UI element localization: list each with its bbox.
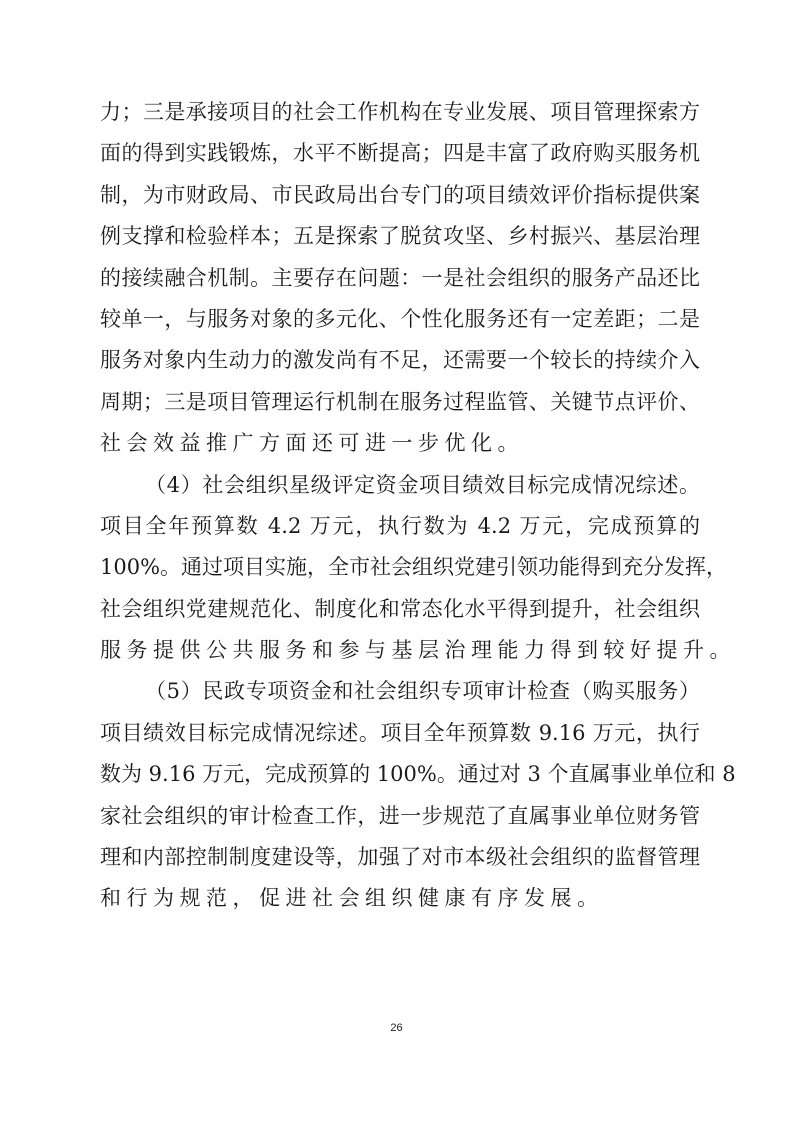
paragraph-heading-line: （5）民政专项资金和社会组织专项审计检查（购买服务） (100, 671, 700, 712)
text-line: 力；三是承接项目的社会工作机构在专业发展、项目管理探索方 (100, 92, 700, 133)
text-line: 社会效益推广方面还可进一步优化。 (100, 423, 700, 464)
text-line: 理和内部控制制度建设等，加强了对市本级社会组织的监督管理 (100, 837, 700, 878)
text-line: 较单一，与服务对象的多元化、个性化服务还有一定差距；二是 (100, 299, 700, 340)
text-line: 服务提供公共服务和参与基层治理能力得到较好提升。 (100, 630, 700, 671)
paragraph-continuation: 力；三是承接项目的社会工作机构在专业发展、项目管理探索方 面的得到实践锻炼，水平… (100, 92, 700, 465)
text-line: 服务对象内生动力的激发尚有不足，还需要一个较长的持续介入 (100, 340, 700, 381)
paragraph-5-audit-inspection: （5）民政专项资金和社会组织专项审计检查（购买服务） 项目绩效目标完成情况综述。… (100, 671, 700, 919)
paragraph-4-star-rating-fund: （4）社会组织星级评定资金项目绩效目标完成情况综述。 项目全年预算数 4.2 万… (100, 465, 700, 672)
page-number: 26 (0, 1022, 793, 1034)
text-line: 家社会组织的审计检查工作，进一步规范了直属事业单位财务管 (100, 796, 700, 837)
text-line: 和行为规范，促进社会组织健康有序发展。 (100, 878, 700, 919)
text-line: 面的得到实践锻炼，水平不断提高；四是丰富了政府购买服务机 (100, 133, 700, 174)
body-text: 力；三是承接项目的社会工作机构在专业发展、项目管理探索方 面的得到实践锻炼，水平… (100, 92, 700, 920)
text-line: 周期；三是项目管理运行机制在服务过程监管、关键节点评价、 (100, 382, 700, 423)
document-page: 力；三是承接项目的社会工作机构在专业发展、项目管理探索方 面的得到实践锻炼，水平… (0, 0, 793, 1122)
text-line: 100%。通过项目实施，全市社会组织党建引领功能得到充分发挥， (100, 547, 700, 588)
text-line: 制，为市财政局、市民政局出台专门的项目绩效评价指标提供案 (100, 175, 700, 216)
text-line: 例支撑和检验样本；五是探索了脱贫攻坚、乡村振兴、基层治理 (100, 216, 700, 257)
text-line: 社会组织党建规范化、制度化和常态化水平得到提升，社会组织 (100, 589, 700, 630)
text-line: 项目绩效目标完成情况综述。项目全年预算数 9.16 万元，执行 (100, 713, 700, 754)
text-line: 项目全年预算数 4.2 万元，执行数为 4.2 万元，完成预算的 (100, 506, 700, 547)
paragraph-heading-line: （4）社会组织星级评定资金项目绩效目标完成情况综述。 (100, 465, 700, 506)
text-line: 的接续融合机制。主要存在问题：一是社会组织的服务产品还比 (100, 258, 700, 299)
text-line: 数为 9.16 万元，完成预算的 100%。通过对 3 个直属事业单位和 8 (100, 754, 700, 795)
